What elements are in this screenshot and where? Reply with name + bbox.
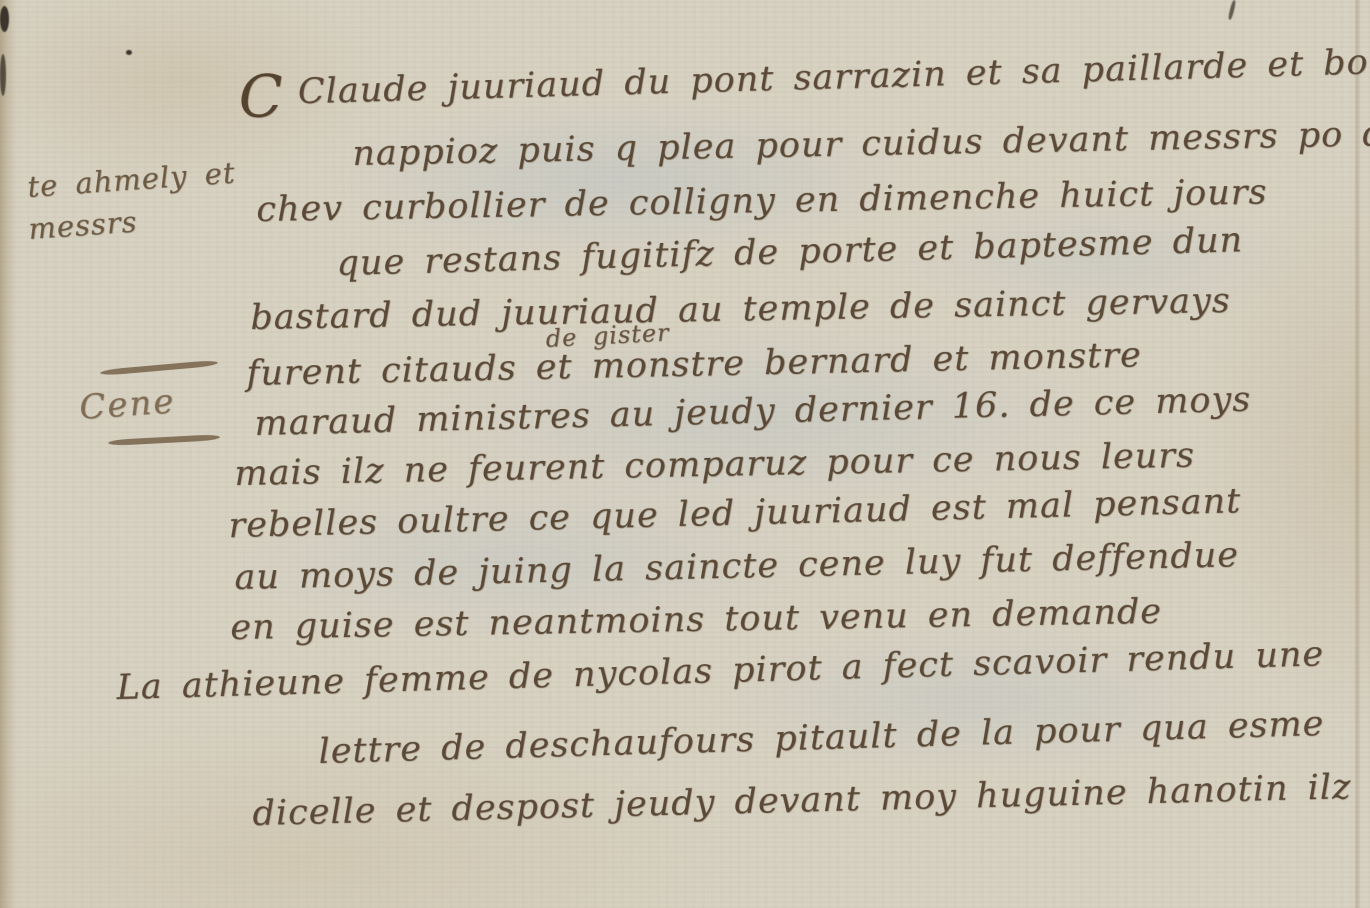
manuscript-line: chev curbollier de colligny en dimenche …	[256, 172, 1268, 230]
cene-overline-stroke	[100, 360, 218, 376]
cutoff-pen-stroke	[1228, 0, 1237, 20]
manuscript-line: lettre de deschaufours pitault de la pou…	[318, 704, 1325, 772]
page-gutter-shadow	[0, 0, 18, 908]
manuscript-line: que restans fugitifz de porte et baptesm…	[336, 220, 1244, 284]
line-text: dicelle et despost jeudy devant moy hugu…	[252, 767, 1352, 834]
cene-text: Cene	[78, 381, 177, 428]
manuscript-line: bastard dud juuriaud au temple de sainct…	[250, 281, 1231, 338]
margin-keyword-cene: Cene	[78, 381, 177, 428]
manuscript-line: CClaude juuriaud du pont sarrazin et sa …	[238, 39, 1370, 114]
cene-underline-stroke	[108, 434, 220, 446]
manuscript-line: au moys de juing la saincte cene luy fut…	[234, 535, 1239, 598]
line-text: Claude juuriaud du pont sarrazin et sa p…	[297, 39, 1370, 112]
line-text: au moys de juing la saincte cene luy fut…	[234, 535, 1239, 598]
line-text: en guise est neantmoins tout venu en dem…	[230, 592, 1162, 648]
manuscript-line: dicelle et despost jeudy devant moy hugu…	[252, 767, 1352, 834]
line-text: chev curbollier de colligny en dimenche …	[256, 172, 1268, 230]
line-text: nappioz puis q plea pour cuidus devant m…	[352, 114, 1370, 174]
paragraph-mark: C	[238, 62, 285, 131]
line-text: lettre de deschaufours pitault de la pou…	[318, 704, 1325, 772]
edge-ink-speck	[0, 6, 9, 32]
edge-ink-speck	[0, 54, 6, 96]
manuscript-line: en guise est neantmoins tout venu en dem…	[230, 592, 1162, 648]
line-text: bastard dud juuriaud au temple de sainct…	[250, 281, 1231, 338]
ink-dot	[126, 50, 132, 55]
manuscript-line: nappioz puis q plea pour cuidus devant m…	[352, 114, 1370, 174]
manuscript-page: CClaude juuriaud du pont sarrazin et sa …	[0, 0, 1370, 908]
margin-note: te ahmely et messrs	[26, 151, 240, 249]
line-text: que restans fugitifz de porte et baptesm…	[336, 220, 1244, 284]
